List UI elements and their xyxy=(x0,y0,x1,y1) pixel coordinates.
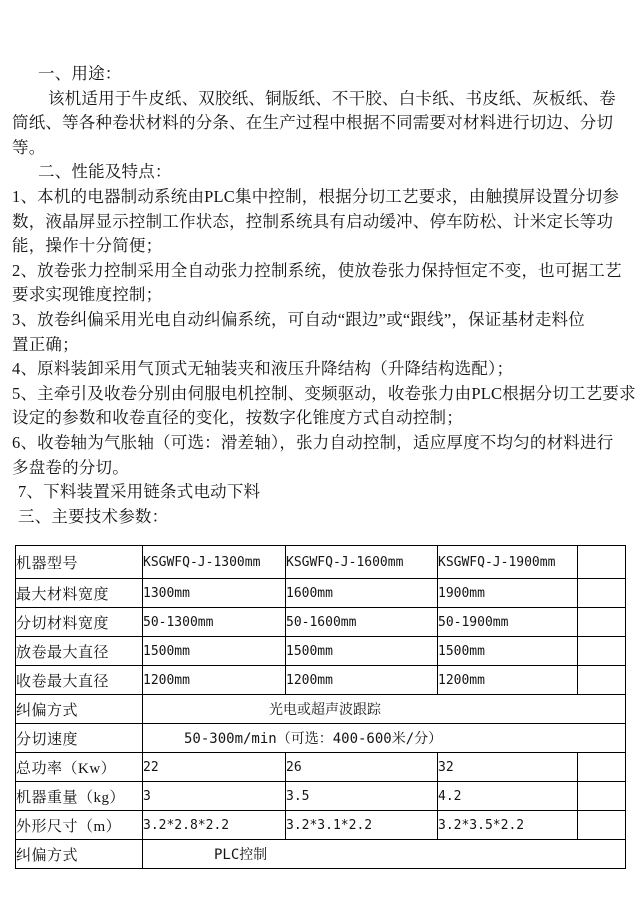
document-page: 一、用途：该机适用于牛皮纸、双胶纸、铜版纸、不干胶、白卡纸、书皮纸、灰板纸、卷筒… xyxy=(0,0,640,907)
row-label-cell: 机器重量（kg） xyxy=(16,782,143,811)
table-row: 最大材料宽度1300mm1600mm1900mm xyxy=(16,579,626,608)
text-line: 5、主牵引及收卷分别由伺服电机控制、变频驱动，收卷张力由PLC根据分切工艺要求 xyxy=(12,382,632,407)
value-cell: 1300mm xyxy=(143,579,286,608)
table-row: 纠偏方式PLC控制 xyxy=(16,840,626,869)
value-cell: 50-1300mm xyxy=(143,608,286,637)
text-line: 筒纸、等各种卷状材料的分条、在生产过程中根据不同需要对材料进行切边、分切 xyxy=(12,111,632,136)
value-cell: KSGWFQ-J-1600mm xyxy=(286,546,438,579)
text-line: 三、主要技术参数： xyxy=(12,505,632,530)
value-cell xyxy=(578,782,626,811)
table-body: 机器型号KSGWFQ-J-1300mmKSGWFQ-J-1600mmKSGWFQ… xyxy=(16,546,626,869)
row-label-cell: 总功率（Kw） xyxy=(16,753,143,782)
value-cell: 32 xyxy=(438,753,578,782)
value-cell: KSGWFQ-J-1900mm xyxy=(438,546,578,579)
text-line: 置正确； xyxy=(12,333,632,358)
table-row: 纠偏方式光电或超声波跟踪 xyxy=(16,695,626,724)
merged-value-cell: PLC控制 xyxy=(143,840,626,869)
text-line: 数，液晶屏显示控制工作状态，控制系统具有启动缓冲、停车防松、计米定长等功 xyxy=(12,210,632,235)
value-cell: 1200mm xyxy=(438,666,578,695)
row-label-cell: 纠偏方式 xyxy=(16,840,143,869)
value-cell: 1600mm xyxy=(286,579,438,608)
table-row: 分切材料宽度50-1300mm50-1600mm50-1900mm xyxy=(16,608,626,637)
row-label-cell: 分切材料宽度 xyxy=(16,608,143,637)
table-row: 机器重量（kg）33.54.2 xyxy=(16,782,626,811)
value-cell: 1500mm xyxy=(143,637,286,666)
text-line: 设定的参数和收卷直径的变化，按数字化锥度方式自动控制； xyxy=(12,406,632,431)
value-cell: 3.5 xyxy=(286,782,438,811)
text-line: 一、用途： xyxy=(12,62,632,87)
value-cell: 3.2*3.5*2.2 xyxy=(438,811,578,840)
value-cell: 1200mm xyxy=(286,666,438,695)
row-label-cell: 收卷最大直径 xyxy=(16,666,143,695)
row-label-cell: 放卷最大直径 xyxy=(16,637,143,666)
table-row: 总功率（Kw）222632 xyxy=(16,753,626,782)
merged-value-cell: 50-300m/min（可选：400-600米/分） xyxy=(143,724,626,753)
row-label-cell: 最大材料宽度 xyxy=(16,579,143,608)
value-cell: 1900mm xyxy=(438,579,578,608)
text-line: 3、放卷纠偏采用光电自动纠偏系统，可自动“跟边”或“跟线”，保证基材走料位 xyxy=(12,308,632,333)
value-cell xyxy=(578,811,626,840)
specs-table: 机器型号KSGWFQ-J-1300mmKSGWFQ-J-1600mmKSGWFQ… xyxy=(15,545,626,869)
value-cell: 50-1600mm xyxy=(286,608,438,637)
value-cell xyxy=(578,753,626,782)
value-cell: 3.2*3.1*2.2 xyxy=(286,811,438,840)
text-line: 2、放卷张力控制采用全自动张力控制系统，使放卷张力保持恒定不变，也可据工艺 xyxy=(12,259,632,284)
value-cell: 26 xyxy=(286,753,438,782)
value-cell: 1500mm xyxy=(286,637,438,666)
table-row: 分切速度50-300m/min（可选：400-600米/分） xyxy=(16,724,626,753)
text-line: 等。 xyxy=(12,136,632,161)
value-cell: KSGWFQ-J-1300mm xyxy=(143,546,286,579)
text-line: 1、本机的电器制动系统由PLC集中控制，根据分切工艺要求，由触摸屏设置分切参 xyxy=(12,185,632,210)
table-row: 机器型号KSGWFQ-J-1300mmKSGWFQ-J-1600mmKSGWFQ… xyxy=(16,546,626,579)
value-cell xyxy=(578,546,626,579)
row-label-cell: 机器型号 xyxy=(16,546,143,579)
value-cell xyxy=(578,608,626,637)
text-line: 7、下料装置采用链条式电动下料 xyxy=(12,480,632,505)
value-cell: 1500mm xyxy=(438,637,578,666)
text-line: 二、性能及特点： xyxy=(12,160,632,185)
value-cell xyxy=(578,666,626,695)
merged-value-cell: 光电或超声波跟踪 xyxy=(143,695,626,724)
table-row: 外形尺寸（m）3.2*2.8*2.23.2*3.1*2.23.2*3.5*2.2 xyxy=(16,811,626,840)
text-line: 能，操作十分简便； xyxy=(12,234,632,259)
row-label-cell: 分切速度 xyxy=(16,724,143,753)
body-text: 一、用途：该机适用于牛皮纸、双胶纸、铜版纸、不干胶、白卡纸、书皮纸、灰板纸、卷筒… xyxy=(12,62,632,529)
row-label-cell: 纠偏方式 xyxy=(16,695,143,724)
value-cell: 4.2 xyxy=(438,782,578,811)
value-cell: 22 xyxy=(143,753,286,782)
value-cell: 1200mm xyxy=(143,666,286,695)
value-cell: 3 xyxy=(143,782,286,811)
text-line: 该机适用于牛皮纸、双胶纸、铜版纸、不干胶、白卡纸、书皮纸、灰板纸、卷 xyxy=(12,87,632,112)
text-line: 要求实现锥度控制； xyxy=(12,283,632,308)
text-line: 4、原料装卸采用气顶式无轴装夹和液压升降结构（升降结构选配）； xyxy=(12,357,632,382)
table-row: 放卷最大直径1500mm1500mm1500mm xyxy=(16,637,626,666)
row-label-cell: 外形尺寸（m） xyxy=(16,811,143,840)
value-cell: 3.2*2.8*2.2 xyxy=(143,811,286,840)
text-line: 6、收卷轴为气胀轴（可选：滑差轴），张力自动控制，适应厚度不均匀的材料进行 xyxy=(12,431,632,456)
value-cell xyxy=(578,579,626,608)
text-line: 多盘卷的分切。 xyxy=(12,456,632,481)
value-cell xyxy=(578,637,626,666)
value-cell: 50-1900mm xyxy=(438,608,578,637)
table-row: 收卷最大直径1200mm1200mm1200mm xyxy=(16,666,626,695)
